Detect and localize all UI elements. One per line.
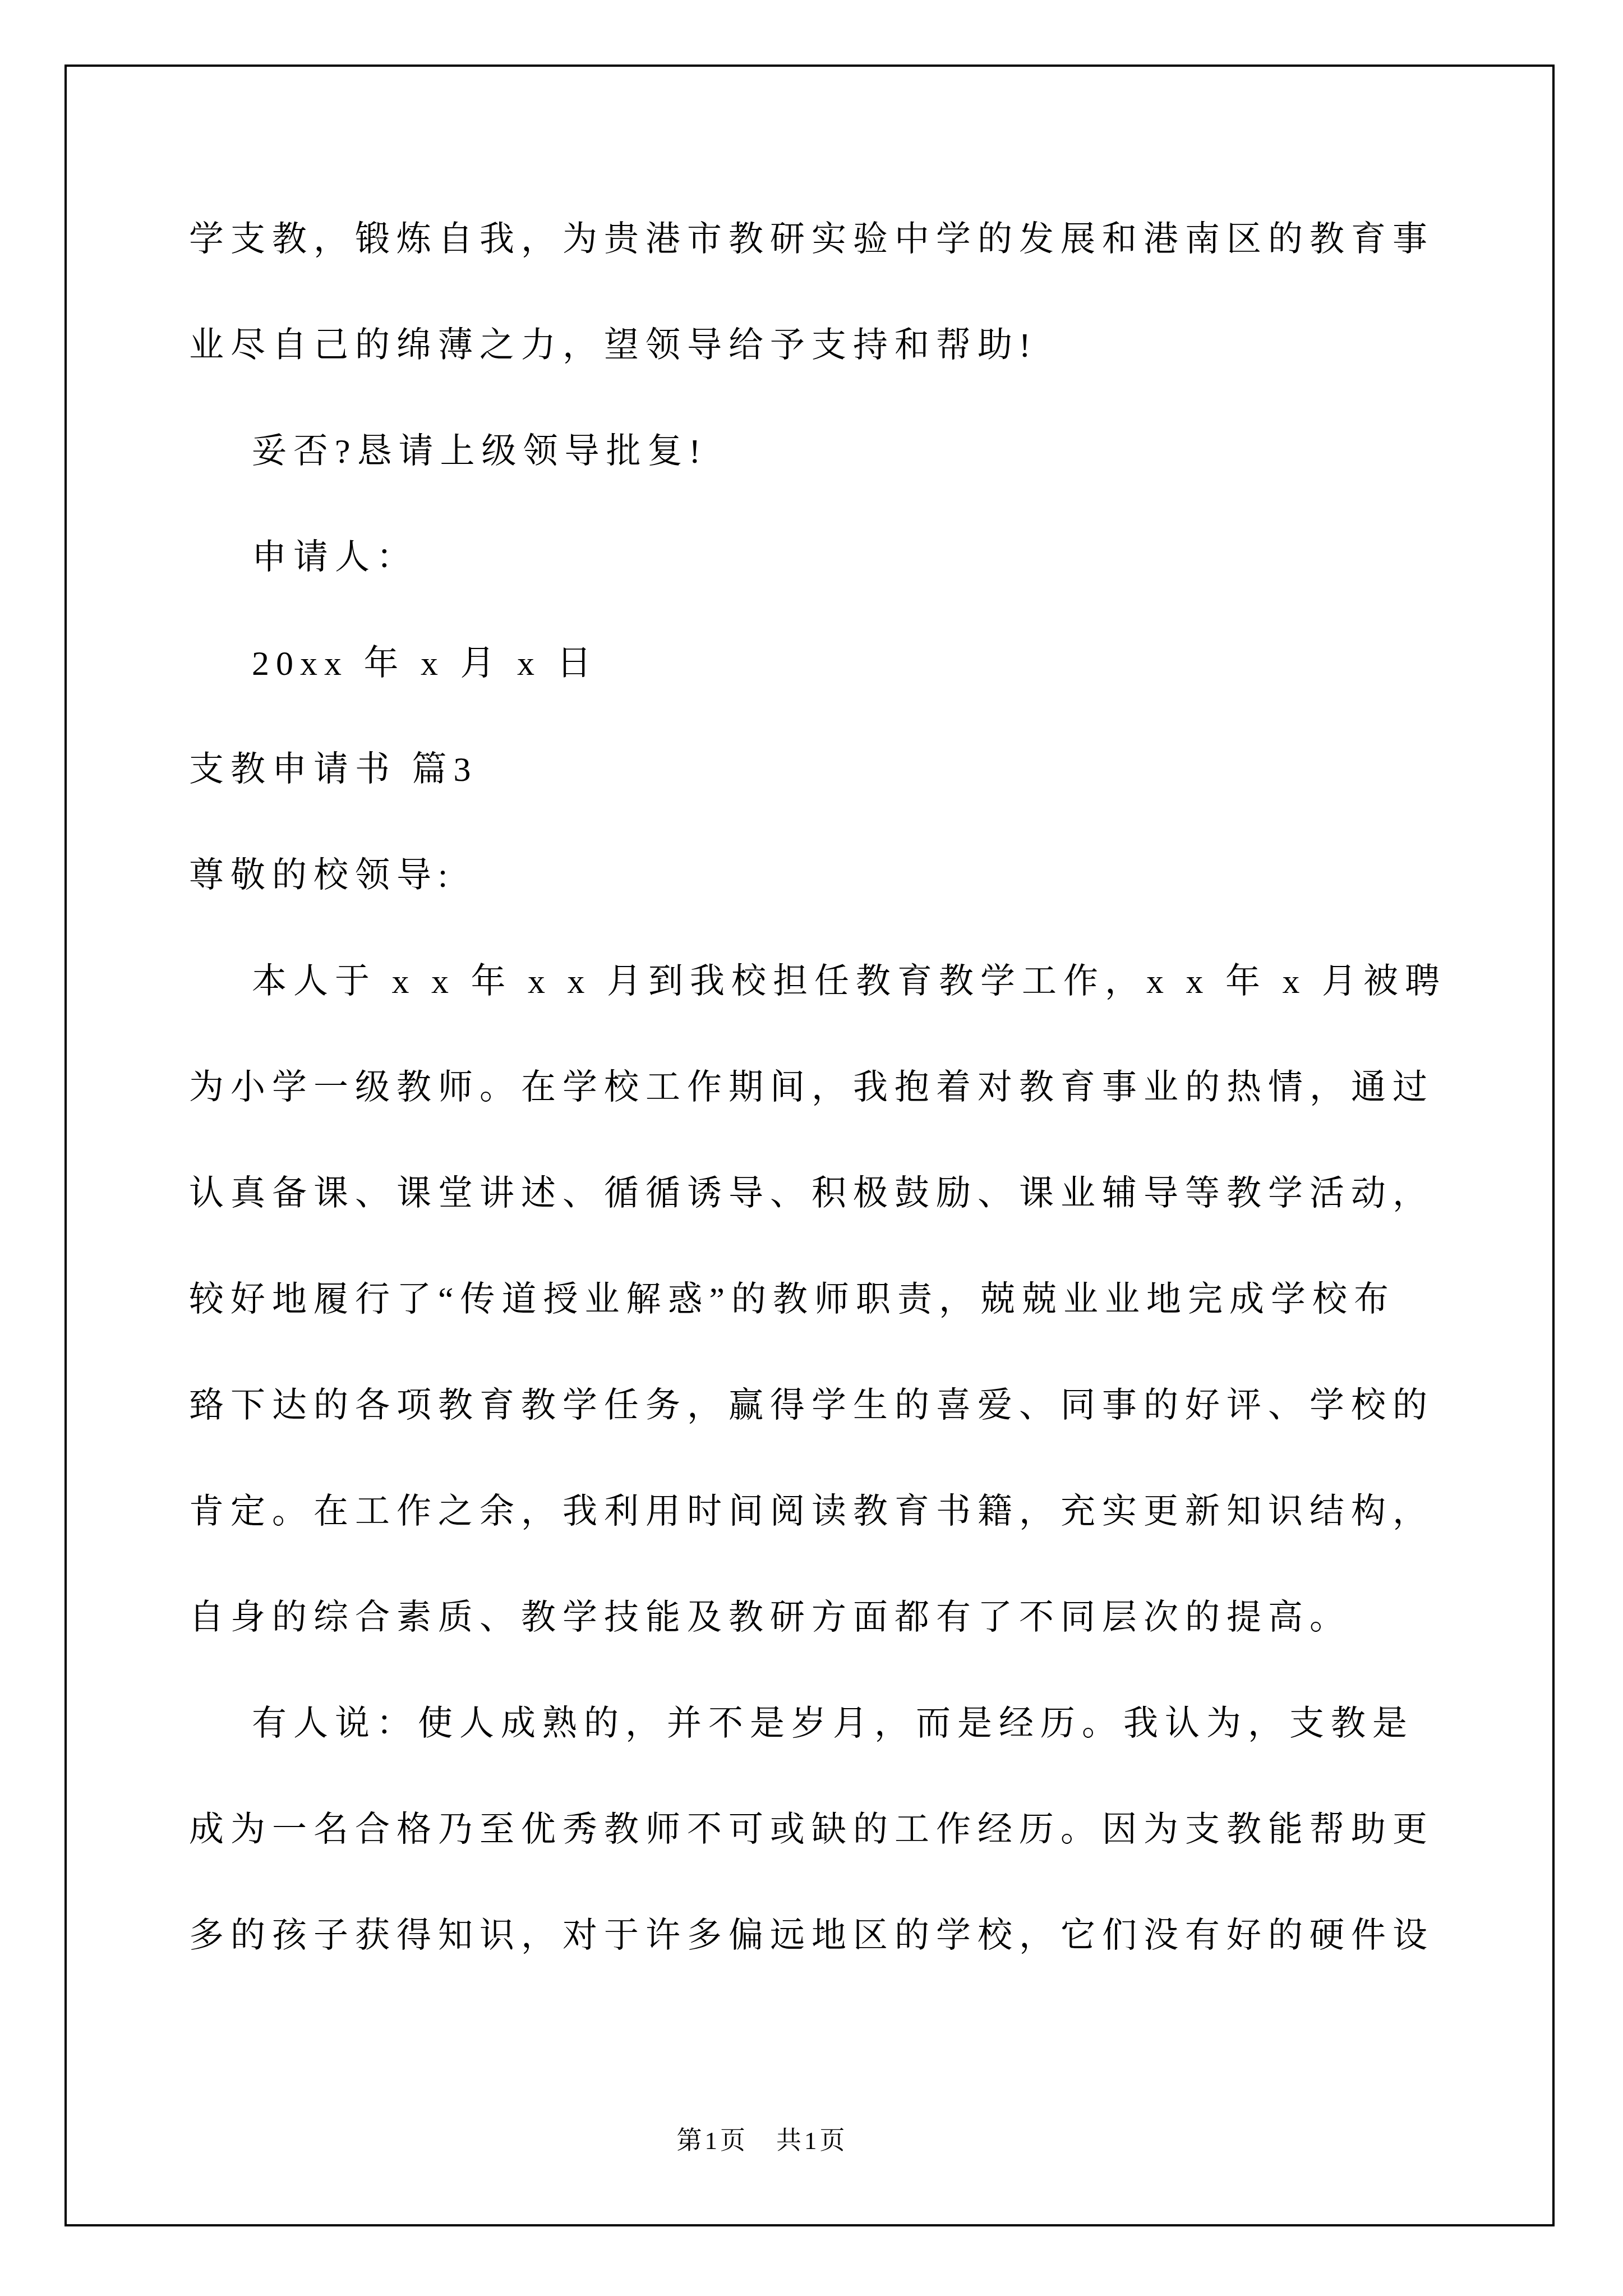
text-line: 申请人： <box>189 505 1496 611</box>
page-number-footer: 第1页 共1页 <box>0 2124 1574 2157</box>
text-line: 认真备课、课堂讲述、循循诱导、积极鼓励、课业辅导等教学活动， <box>189 1141 1496 1247</box>
text-line: 有人说：使人成熟的，并不是岁月，而是经历。我认为，支教是 <box>189 1671 1496 1777</box>
text-line: 成为一名合格乃至优秀教师不可或缺的工作经历。因为支教能帮助更 <box>189 1777 1496 1883</box>
text-line: 妥否?恳请上级领导批复! <box>189 399 1496 505</box>
text-line: 本人于 x x 年 x x 月到我校担任教育教学工作，x x 年 x 月被聘 <box>189 929 1496 1035</box>
text-line: 学支教，锻炼自我，为贵港市教研实验中学的发展和港南区的教育事 <box>189 187 1496 293</box>
document-body: 学支教，锻炼自我，为贵港市教研实验中学的发展和港南区的教育事业尽自己的绵薄之力，… <box>189 187 1496 1989</box>
text-line: 臵下达的各项教育教学任务，赢得学生的喜爱、同事的好评、学校的 <box>189 1353 1496 1459</box>
text-line: 较好地履行了“传道授业解惑”的教师职责，兢兢业业地完成学校布 <box>189 1247 1496 1353</box>
text-line: 多的孩子获得知识，对于许多偏远地区的学校，它们没有好的硬件设 <box>189 1883 1496 1989</box>
text-line: 尊敬的校领导: <box>189 823 1496 929</box>
text-line: 业尽自己的绵薄之力，望领导给予支持和帮助! <box>189 293 1496 399</box>
text-line: 肯定。在工作之余，我利用时间阅读教育书籍，充实更新知识结构， <box>189 1459 1496 1565</box>
text-line: 为小学一级教师。在学校工作期间，我抱着对教育事业的热情，通过 <box>189 1035 1496 1141</box>
text-line: 20xx 年 x 月 x 日 <box>189 611 1496 717</box>
text-line: 自身的综合素质、教学技能及教研方面都有了不同层次的提高。 <box>189 1565 1496 1671</box>
document-page: { "page": { "background_color": "#ffffff… <box>0 0 1623 2296</box>
text-line: 支教申请书 篇3 <box>189 717 1496 823</box>
